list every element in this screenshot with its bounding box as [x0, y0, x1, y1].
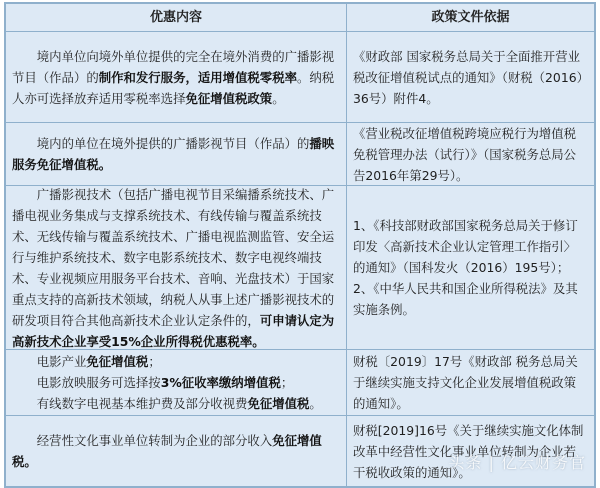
content-text: 经营性文化事业单位转制为企业的部分收入免征增值税。 — [12, 430, 340, 472]
header-basis: 政策文件依据 — [347, 4, 594, 31]
content-line: 电影产业免征增值税； — [12, 351, 340, 372]
content-text: 境内单位向境外单位提供的完全在境外消费的广播影视节目（作品）的制作和发行服务，适… — [12, 46, 340, 109]
header-content: 优惠内容 — [6, 4, 347, 31]
basis-item: 2、《中华人民共和国企业所得税法》及其实施条例。 — [353, 278, 588, 320]
policy-table: 优惠内容 政策文件依据 境内单位向境外单位提供的完全在境外消费的广播影视节目（作… — [4, 2, 596, 485]
row-basis: 《营业税改征增值税跨境应税行为增值税免税管理办法（试行）》（国家税务总局公告20… — [347, 123, 594, 185]
watermark: 头条 | 亿云财务官 — [448, 450, 586, 473]
content-line: 电影放映服务可选择按3%征收率缴纳增值税； — [12, 372, 340, 393]
row-basis: 财税〔2019〕17号《财政部 税务总局关于继续实施支持文化企业发展增值税政策的… — [347, 350, 594, 415]
content-line: 有线数字电视基本维护费及部分收视费免征增值税。 — [12, 393, 340, 414]
table-row: 广播影视技术（包括广播电视节目采编播系统技术、广播电视业务集成与支撑系统技术、有… — [6, 185, 594, 349]
table-row: 境内的单位在境外提供的广播影视节目（作品）的播映服务免征增值税。 《营业税改征增… — [6, 122, 594, 185]
table-row: 境内单位向境外单位提供的完全在境外消费的广播影视节目（作品）的制作和发行服务，适… — [6, 31, 594, 122]
row-basis: 《财政部 国家税务总局关于全面推开营业税改征增值税试点的通知》（财税（2016）… — [347, 32, 594, 122]
row-content: 境内的单位在境外提供的广播影视节目（作品）的播映服务免征增值税。 — [6, 123, 347, 185]
content-text: 境内的单位在境外提供的广播影视节目（作品）的播映服务免征增值税。 — [12, 133, 340, 175]
content-text: 广播影视技术（包括广播电视节目采编播系统技术、广播电视业务集成与支撑系统技术、有… — [12, 184, 340, 352]
row-content: 境内单位向境外单位提供的完全在境外消费的广播影视节目（作品）的制作和发行服务，适… — [6, 32, 347, 122]
table-row: 电影产业免征增值税； 电影放映服务可选择按3%征收率缴纳增值税； 有线数字电视基… — [6, 349, 594, 415]
row-content: 经营性文化事业单位转制为企业的部分收入免征增值税。 — [6, 416, 347, 485]
row-content: 广播影视技术（包括广播电视节目采编播系统技术、广播电视业务集成与支撑系统技术、有… — [6, 186, 347, 349]
row-basis: 1、《科技部财政部国家税务总局关于修订印发〈高新技术企业认定管理工作指引〉的通知… — [347, 186, 594, 349]
basis-item: 1、《科技部财政部国家税务总局关于修订印发〈高新技术企业认定管理工作指引〉的通知… — [353, 215, 588, 278]
row-content: 电影产业免征增值税； 电影放映服务可选择按3%征收率缴纳增值税； 有线数字电视基… — [6, 350, 347, 415]
table-header-row: 优惠内容 政策文件依据 — [6, 4, 594, 31]
